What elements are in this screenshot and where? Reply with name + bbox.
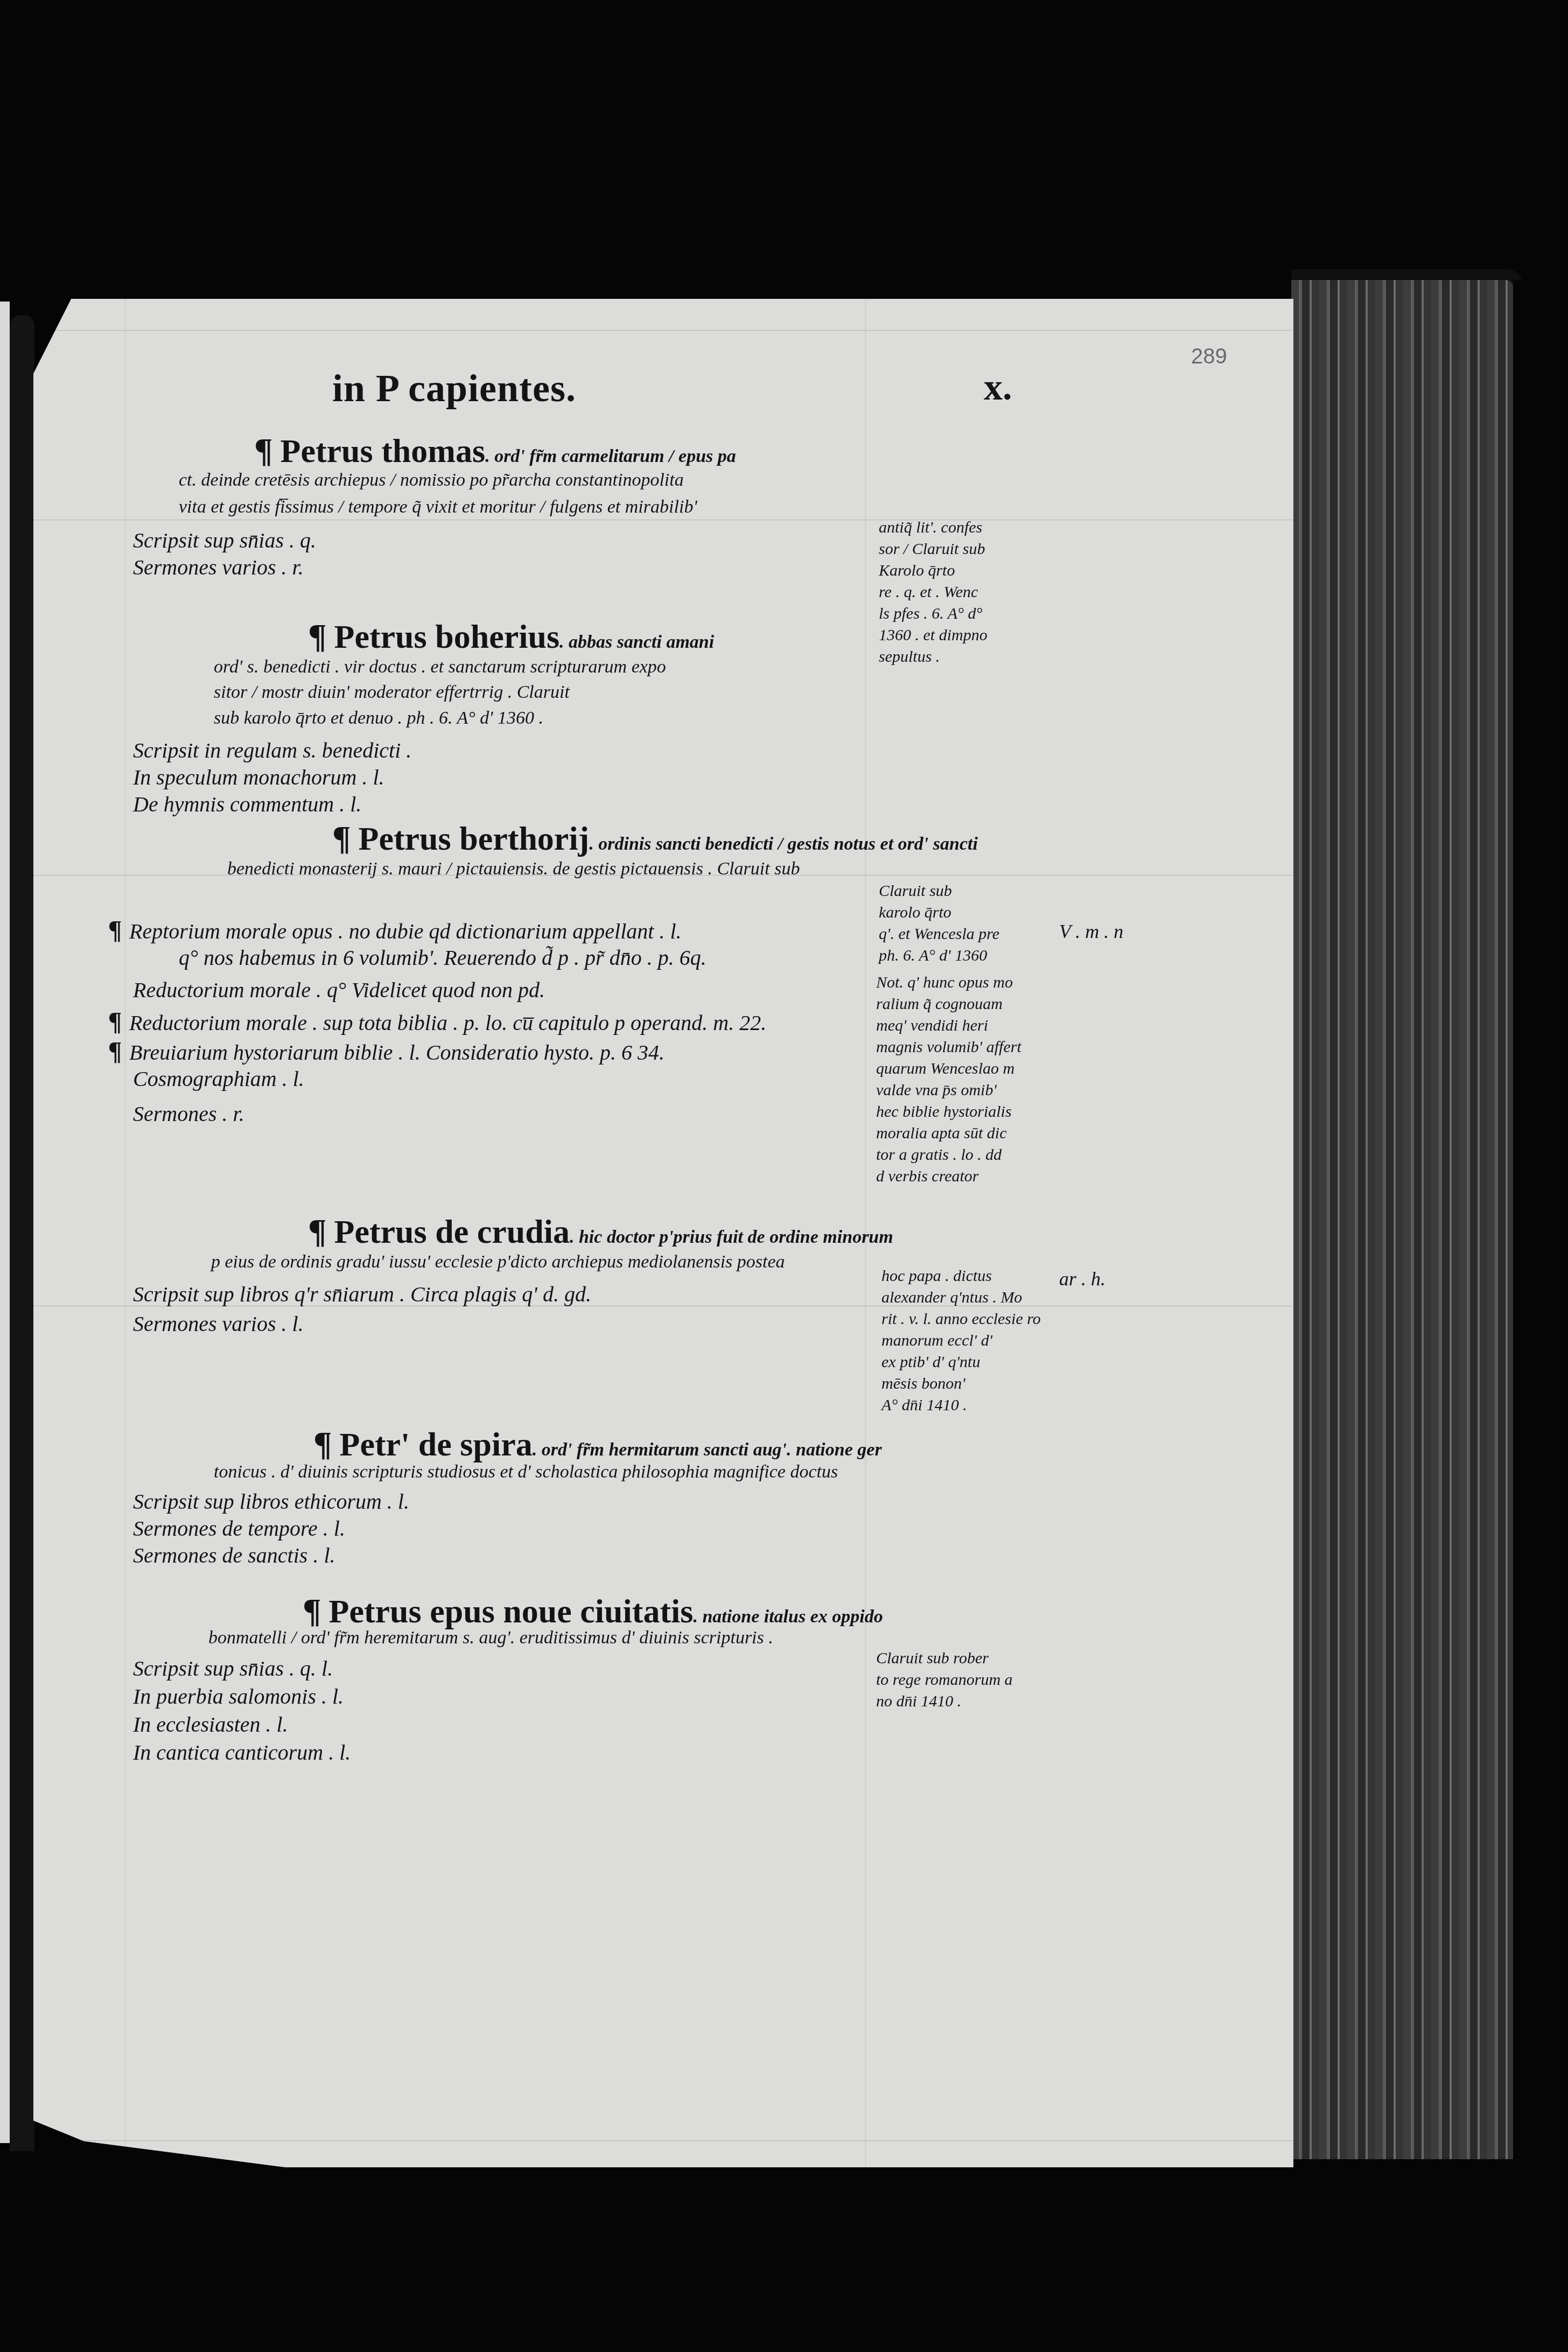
pilcrow-icon: ¶ <box>109 1037 122 1066</box>
pilcrow-icon: ¶ <box>308 1212 327 1250</box>
entry-description: . abbas sancti amani <box>559 632 714 652</box>
side-mark: V . m . n <box>1059 921 1123 942</box>
running-head: in P capientes. <box>332 366 576 411</box>
entry-description: ord' s. benedicti . vir doctus . et sanc… <box>214 657 666 677</box>
pilcrow-icon: ¶ <box>313 1425 332 1463</box>
work-item: Scripsit sup sn̄ias . q. <box>133 528 316 553</box>
work-item: In cantica canticorum . l. <box>133 1740 351 1765</box>
work-item: Reductorium morale . sup tota biblia . p… <box>129 1011 766 1035</box>
entry-name: Petrus boherius <box>334 619 560 655</box>
entry-name: Petrus berthorij <box>359 821 590 857</box>
work-item: Sermones de sanctis . l. <box>133 1543 335 1568</box>
pilcrow-icon: ¶ <box>109 1007 122 1036</box>
work-item: In speculum monachorum . l. <box>133 765 384 790</box>
folio-number: 289 <box>1191 345 1227 369</box>
margin-note: Claruit sub rober to rege romanorum a no… <box>876 1648 1013 1712</box>
entry-description: sitor / mostr diuin' moderator effertrri… <box>214 682 570 703</box>
entry-description: tonicus . d' diuinis scripturis studiosu… <box>214 1462 838 1482</box>
work-item: Sermones de tempore . l. <box>133 1516 345 1541</box>
ruling-line <box>33 330 1293 331</box>
background-right <box>1513 280 1568 2352</box>
pilcrow-icon: ¶ <box>109 916 122 944</box>
margin-note: Not. q' hunc opus mo ralium q̃ cognouam … <box>876 972 1021 1187</box>
entry-description: ct. deinde cretēsis archiepus / nomissio… <box>179 470 684 491</box>
entry-description: . hic doctor p'prius fuit de ordine mino… <box>570 1227 893 1247</box>
manuscript-page: 289 in P capientes. x. ¶Petrus thomas. o… <box>33 299 1293 2167</box>
section-letter: x. <box>984 366 1012 409</box>
pilcrow-icon: ¶ <box>303 1592 321 1630</box>
work-item: Reptorium morale opus . no dubie qd dict… <box>129 919 682 943</box>
margin-rule <box>125 299 125 2167</box>
work-item: Sermones varios . r. <box>133 555 304 580</box>
pilcrow-icon: ¶ <box>308 617 327 655</box>
margin-note-top: Claruit sub karolo q̄rto q'. et Wencesla… <box>879 880 999 967</box>
work-item: Sermones varios . l. <box>133 1311 304 1336</box>
entry-description: . ordinis sancti benedicti / gestis notu… <box>589 834 978 854</box>
entry-name: Petr' de spira <box>340 1426 533 1463</box>
book-fore-edge <box>1291 280 1513 2159</box>
entry-description: vita et gestis fi̅ssimus / tempore q̃ vi… <box>179 497 697 517</box>
entry-description: benedicti monasterij s. mauri / pictauie… <box>227 859 800 879</box>
side-mark: ar . h. <box>1059 1268 1105 1290</box>
entry-description: . ord' fr̃m hermitarum sancti aug'. nati… <box>533 1440 882 1460</box>
entry-name: Petrus de crudia <box>334 1214 570 1250</box>
entry-description: sub karolo q̄rto et denuo . ph . 6. A° d… <box>214 708 543 729</box>
entry-description: . natione italus ex oppido <box>693 1607 883 1627</box>
work-item: Cosmographiam . l. <box>133 1066 304 1091</box>
ruling-line <box>33 520 1293 520</box>
ruling-line <box>33 2140 1293 2141</box>
work-item: In puerbia salomonis . l. <box>133 1684 344 1709</box>
work-item: q° nos habemus in 6 volumib'. Reuerendo … <box>179 945 706 970</box>
work-item: Scripsit sup libros ethicorum . l. <box>133 1489 409 1514</box>
work-item: Breuiarium hystoriarum biblie . l. Consi… <box>129 1040 664 1065</box>
work-item: Sermones . r. <box>133 1101 244 1126</box>
margin-note: hoc papa . dictus alexander q'ntus . Mo … <box>881 1265 1041 1416</box>
entry-description: . ord' fr̃m carmelitarum / epus pa <box>485 446 736 466</box>
binding-gutter <box>10 315 34 2151</box>
entry-name: Petrus epus noue ciuitatis <box>329 1593 694 1630</box>
entry-name: Petrus thomas <box>281 433 486 470</box>
work-item: Scripsit in regulam s. benedicti . <box>133 738 411 763</box>
entry-description: bonmatelli / ord' fr̃m heremitarum s. au… <box>208 1628 773 1648</box>
entry-description: p eius de ordinis gradu' iussu' ecclesie… <box>211 1252 785 1272</box>
pilcrow-icon: ¶ <box>254 431 273 470</box>
work-item: Reductorium morale . q° Videlicet quod n… <box>133 977 545 1003</box>
left-page-edge <box>0 302 10 2143</box>
work-item: Scripsit sup libros q'r sn̄iarum . Circa… <box>133 1282 591 1307</box>
work-item: In ecclesiasten . l. <box>133 1712 288 1737</box>
work-item: Scripsit sup sn̄ias . q. l. <box>133 1656 333 1681</box>
pilcrow-icon: ¶ <box>332 819 351 857</box>
margin-note: antiq̃ lit'. confes sor / Claruit sub Ka… <box>879 517 988 668</box>
work-item: De hymnis commentum . l. <box>133 792 361 817</box>
